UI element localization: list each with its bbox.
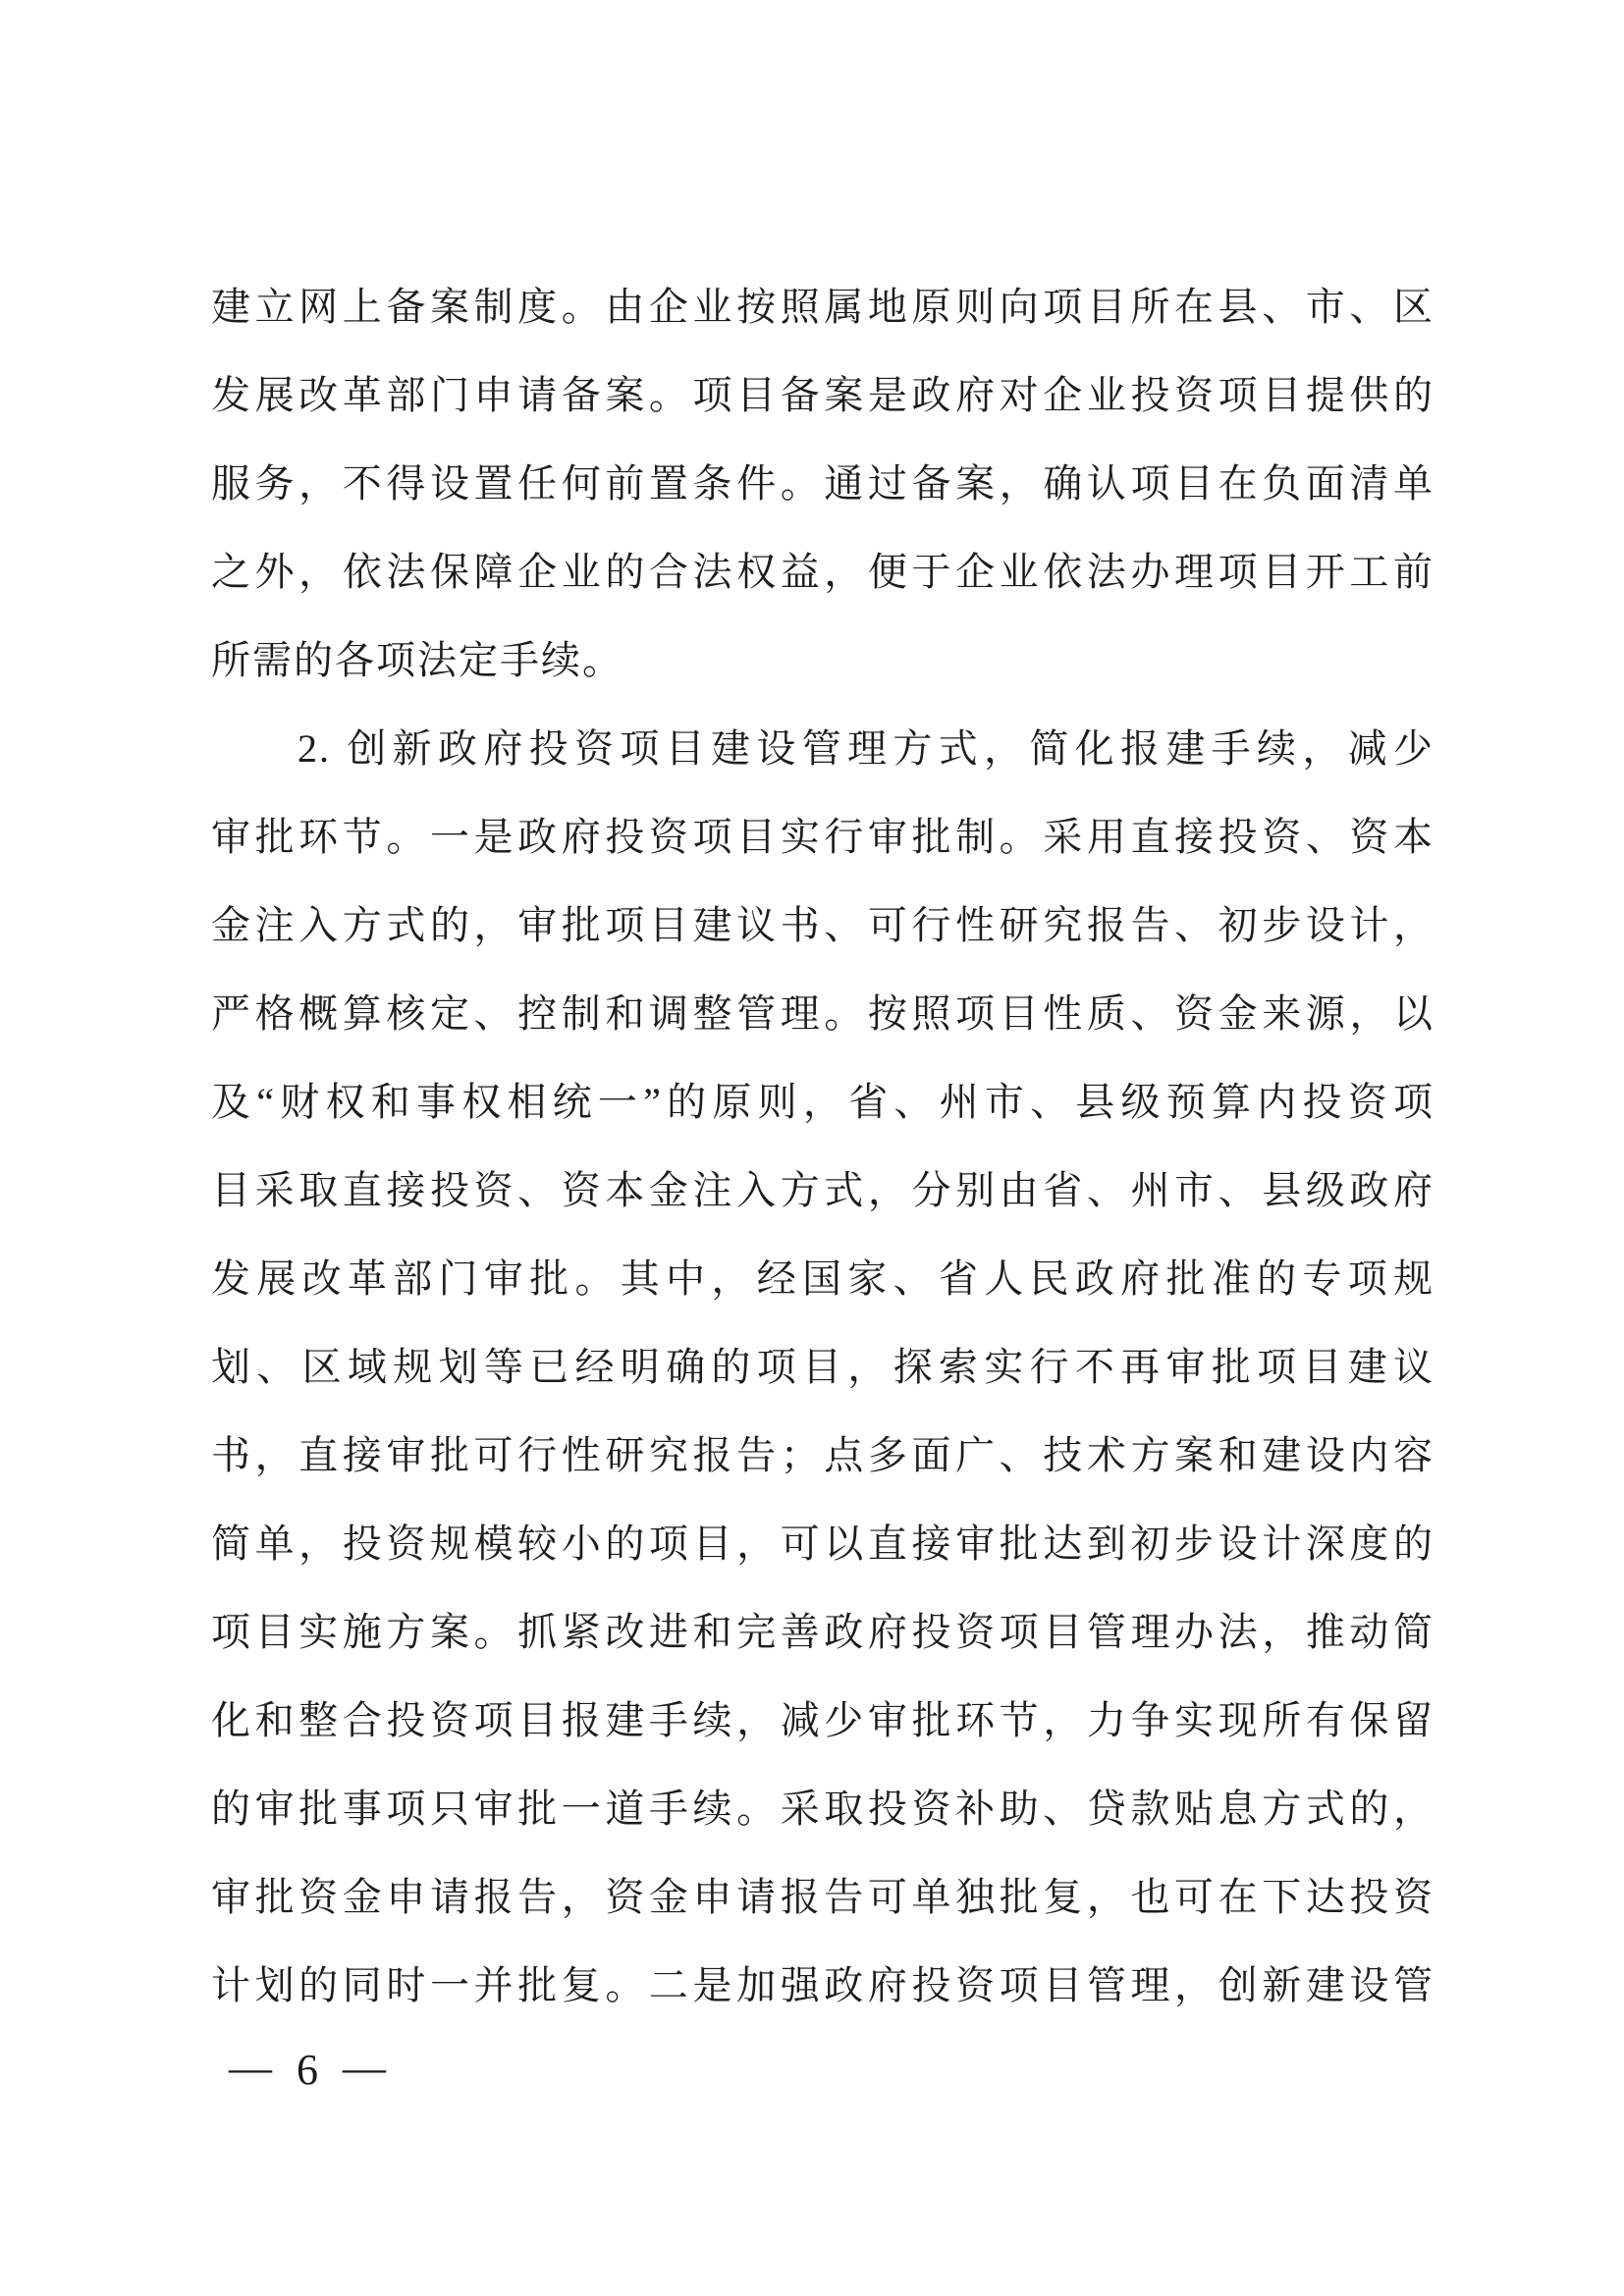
text-line: 审批环节。一是政府投资项目实行审批制。采用直接投资、资本	[211, 793, 1435, 881]
text-line: 及“财权和事权相统一”的原则，省、州市、县级预算内投资项	[211, 1058, 1435, 1147]
document-body: 建立网上备案制度。由企业按照属地原则向项目所在县、市、区发展改革部门申请备案。项…	[211, 263, 1435, 2030]
text-line: 发展改革部门申请备案。项目备案是政府对企业投资项目提供的	[211, 351, 1435, 440]
page-footer: — 6 —	[229, 2048, 386, 2093]
text-line: 目采取直接投资、资本金注入方式，分别由省、州市、县级政府	[211, 1147, 1435, 1235]
text-line: 项目实施方案。抓紧改进和完善政府投资项目管理办法，推动简	[211, 1588, 1435, 1677]
text-line: 之外，依法保障企业的合法权益，便于企业依法办理项目开工前	[211, 528, 1435, 616]
footer-dash-right: —	[343, 2046, 386, 2091]
text-line: 严格概算核定、控制和调整管理。按照项目性质、资金来源，以	[211, 970, 1435, 1058]
text-line: 发展改革部门审批。其中，经国家、省人民政府批准的专项规	[211, 1235, 1435, 1323]
text-line: 建立网上备案制度。由企业按照属地原则向项目所在县、市、区	[211, 263, 1435, 351]
text-line: 简单，投资规模较小的项目，可以直接审批达到初步设计深度的	[211, 1500, 1435, 1588]
document-page: 建立网上备案制度。由企业按照属地原则向项目所在县、市、区发展改革部门申请备案。项…	[0, 0, 1624, 2296]
text-line: 划、区域规划等已经明确的项目，探索实行不再审批项目建议	[211, 1323, 1435, 1412]
text-line: 所需的各项法定手续。	[211, 616, 1435, 705]
footer-dash-left: —	[229, 2046, 272, 2091]
page-number: 6	[297, 2048, 318, 2093]
text-line: 计划的同时一并批复。二是加强政府投资项目管理，创新建设管	[211, 1942, 1435, 2030]
text-line: 金注入方式的，审批项目建议书、可行性研究报告、初步设计，	[211, 881, 1435, 970]
text-line: 审批资金申请报告，资金申请报告可单独批复，也可在下达投资	[211, 1853, 1435, 1942]
text-line: 服务，不得设置任何前置条件。通过备案，确认项目在负面清单	[211, 440, 1435, 528]
text-line: 的审批事项只审批一道手续。采取投资补助、贷款贴息方式的，	[211, 1765, 1435, 1853]
text-line: 2. 创新政府投资项目建设管理方式，简化报建手续，减少	[211, 705, 1435, 793]
text-line: 化和整合投资项目报建手续，减少审批环节，力争实现所有保留	[211, 1677, 1435, 1765]
text-line: 书，直接审批可行性研究报告；点多面广、技术方案和建设内容	[211, 1412, 1435, 1500]
